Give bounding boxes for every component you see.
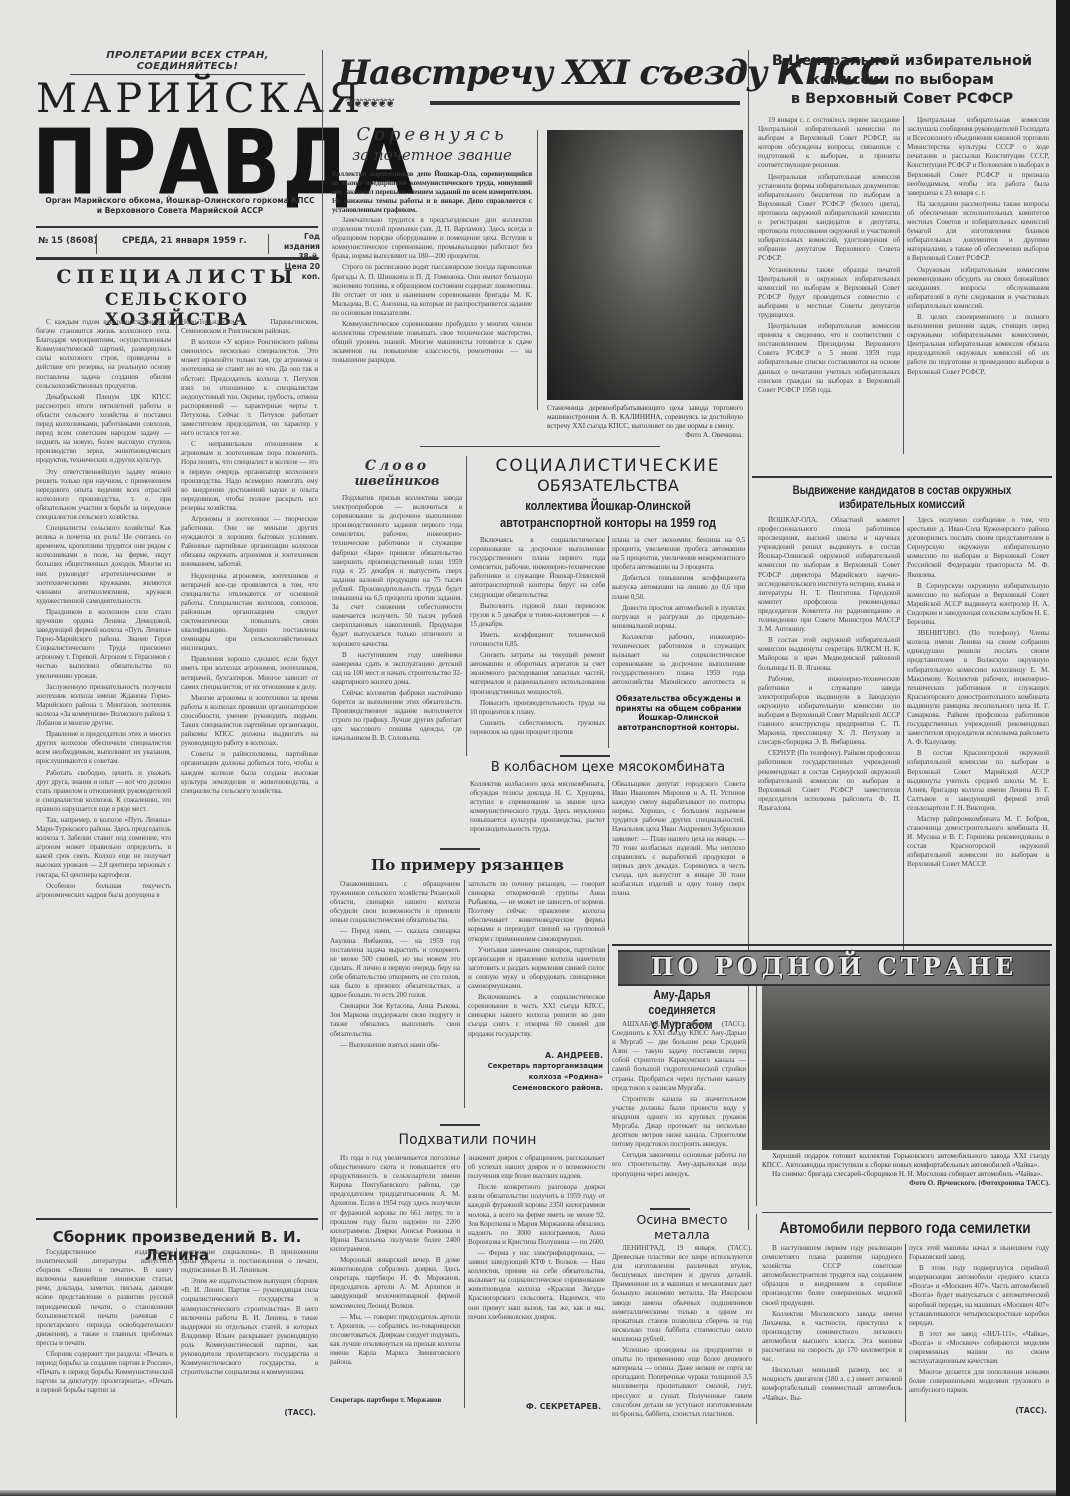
ryazan-title: По примеру рязанцев — [330, 856, 605, 874]
organ-line2: и Верховного Совета Марийской АССР — [40, 206, 320, 216]
automobiles-col1: В наступившем первом году реализации сем… — [762, 1244, 902, 1422]
obligations-col2: плана за счет экономии: бензина на 0,5 п… — [612, 536, 745, 684]
election-commission-col2: Центральная избирательная комиссия заслу… — [907, 116, 1049, 454]
lenin-col2: построение социализма». В приложении дан… — [181, 1248, 318, 1408]
competition-photo-caption: Станочница деревообрабатывающего цеха за… — [547, 404, 743, 440]
issue-date: СРЕДА, 21 января 1959 г. — [122, 236, 247, 246]
nominations-col2: Здесь получено сообщение о том, что крес… — [907, 516, 1049, 956]
native-country-banner: ПО РОДНОЙ СТРАНЕ — [618, 950, 1050, 986]
ryazan-col2: зательств по почину рязанцев, — говорит … — [468, 880, 605, 1050]
election-commission-title: В Центральной избирательной комиссии по … — [752, 52, 1052, 109]
obligations-subtitle-line2: автотранспортной конторы на 1959 год — [491, 515, 726, 530]
photo-credit: Фото А. Овечкина. — [685, 431, 743, 440]
sausage-title: В колбасном цехе мясокомбината — [470, 760, 746, 775]
competition-title-line2: за почетное звание — [332, 146, 532, 164]
issue-number: № 15 (8608) — [38, 236, 97, 246]
congress-banner-script: Навстречу XXI съезду — [338, 53, 766, 93]
sausage-col1: Коллектив колбасного цеха мясокомбината,… — [470, 780, 605, 840]
specialists-col1: С каждым годом все разносторонпее и бога… — [36, 318, 171, 1228]
initiative-signature-right: Ф. СЕКРЕТАРЕВ. — [468, 1402, 601, 1411]
masthead-infobar: № 15 (8608) СРЕДА, 21 января 1959 г. Год… — [36, 234, 318, 256]
obligations-col1: Включаясь в социалистическое соревновани… — [470, 536, 605, 748]
competition-title-line1: Соревнуясь — [332, 124, 532, 145]
amu-darya-body: АШХАБАД, 19 января. (ТАСС). Соединить к … — [612, 1020, 746, 1196]
lenin-col1: Государственное издательство политическо… — [36, 1248, 173, 1418]
gorky-photo-credit: Фото О. Ярченского. (Фотохроника ТАСС). — [762, 1179, 1050, 1188]
laurel-branch-icon: ❦❦❦❦❦❦ — [345, 96, 435, 110]
specialists-title-line1: СПЕЦИАЛИСТЫ — [36, 266, 318, 288]
initiative-signature-left: Секретарь партбюро т. Моржанов — [330, 1396, 460, 1404]
ryazan-col1: Ознакомившись с обращением тружеников се… — [330, 880, 460, 1108]
obligations-subtitle-line1: коллектива Йошкар-Олинской — [491, 498, 726, 513]
automobiles-title: Автомобили первого года семилетки — [765, 1220, 1046, 1238]
initiative-col2: знакомит доярок с обращением, рассказыва… — [468, 1154, 605, 1394]
seamstresses-body: Подхватив призыв коллектива завода элект… — [332, 494, 462, 752]
automobiles-credit: (ТАСС). — [909, 1406, 1047, 1415]
competition-body: Замечательно трудится в предсъездовские … — [332, 216, 532, 406]
obligations-title-line1: СОЦИАЛИСТИЧЕСКИЕ — [470, 456, 746, 476]
masthead-organ: Орган Марийского обкома, Йошкар-Олинског… — [40, 196, 320, 216]
lenin-credit: (ТАСС). — [181, 1408, 316, 1417]
congress-banner: Навстречу XXI съезду КПСС — [338, 52, 744, 93]
ryazan-signature-name: А. АНДРЕЕВ. — [468, 1050, 603, 1061]
obligations-title-line2: ОБЯЗАТЕЛЬСТВА — [470, 476, 746, 495]
specialists-col2: Ново-Торъяльском, Параньгинском, Семенов… — [181, 318, 318, 1208]
automobiles-col2: пуск этой машины начал в нынешнем году Г… — [909, 1244, 1049, 1404]
election-commission-col1: 19 января с. г. состоялось первое заседа… — [758, 116, 900, 454]
photo-lathe-operator — [547, 130, 743, 400]
masthead-slogan: ПРОЛЕТАРИИ ВСЕХ СТРАН, СОЕДИНЯЙТЕСЬ! — [70, 50, 305, 75]
sausage-col2: Обвальщики депутат городского Совета Ива… — [612, 780, 745, 930]
competition-lead: Коллектив паровозников депо Йошкар-Ола, … — [332, 170, 532, 215]
nominations-col1: ЙОШКАР-ОЛА. Областной комитет профессион… — [758, 516, 900, 956]
scan-right-edge — [1056, 0, 1070, 1496]
photo-chaika-assembly — [762, 986, 1050, 1150]
newspaper-page: ПРОЛЕТАРИИ ВСЕХ СТРАН, СОЕДИНЯЙТЕСЬ! МАР… — [0, 0, 1056, 1496]
nominations-title: Выдвижение кандидатов в состав окружных … — [762, 484, 1043, 512]
aspen-title: Осина вместо металла — [612, 1212, 752, 1242]
organ-line1: Орган Марийского обкома, Йошкар-Олинског… — [40, 196, 320, 206]
initiative-title: Подхватили почин — [330, 1132, 605, 1148]
seamstresses-title-line2: швейников — [332, 474, 462, 489]
gorky-photo-caption: Хороший подарок готовит коллектив Горько… — [762, 1152, 1050, 1188]
seamstresses-title-line1: Слово — [332, 458, 462, 474]
ryazan-signature: А. АНДРЕЕВ. Секретарь парторганизации ко… — [468, 1050, 603, 1094]
obligations-closing: Обязательства обсуждены и приняты на общ… — [612, 694, 745, 732]
initiative-col1: Из года в год увеличивается поголовье об… — [330, 1154, 460, 1394]
aspen-body: ЛЕНИНГРАД, 19 января. (ТАСС). Древесные … — [612, 1244, 752, 1419]
